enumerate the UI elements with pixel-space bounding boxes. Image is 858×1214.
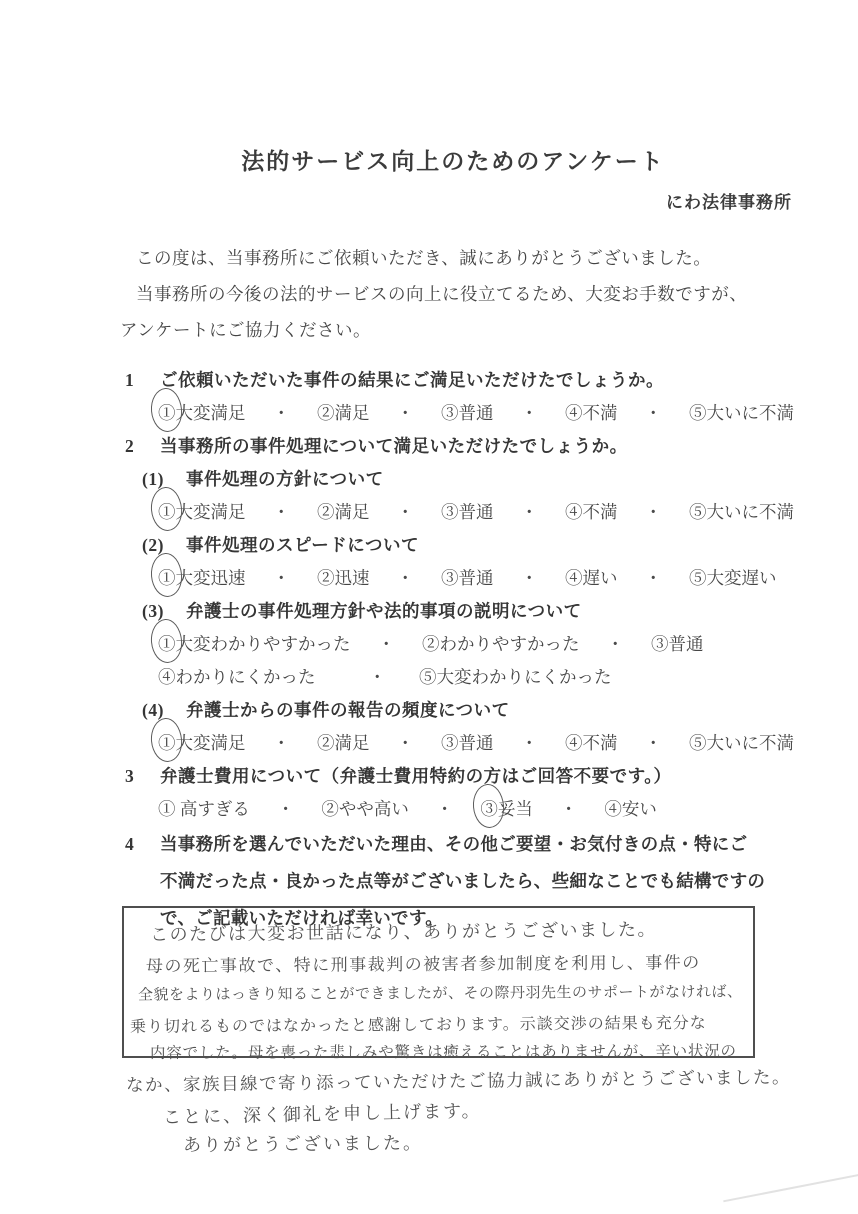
option-q2s2-1: ②迅速: [317, 562, 370, 595]
option-q2s1-0: ①大変満足: [158, 496, 246, 529]
option-q1-2: ③普通: [441, 397, 494, 430]
question-number: 1: [125, 364, 160, 397]
question-number: (2): [142, 529, 186, 562]
option-separator: ・: [397, 562, 415, 595]
option-separator: ・: [521, 397, 539, 430]
option-separator: ・: [378, 628, 396, 661]
option-separator: ・: [645, 397, 663, 430]
question-3-heading: 3弁護士費用について（弁護士費用特約の方はご回答不要です。）: [0, 760, 858, 793]
question-text: 不満だった点・良かった点等がございましたら、些細なことでも結構ですの: [0, 863, 858, 900]
option-q2s1-4: ⑤大いに不満: [689, 496, 794, 529]
option-separator: ・: [645, 727, 663, 760]
question-text: 弁護士費用について（弁護士費用特約の方はご回答不要です。）: [160, 766, 672, 786]
question-number: (3): [142, 595, 186, 628]
option-q2s4-1: ②満足: [317, 727, 370, 760]
option-q2s2-4: ⑤大変遅い: [689, 562, 777, 595]
option-q2s2-2: ③普通: [441, 562, 494, 595]
question-text: 事件処理のスピードについて: [186, 535, 419, 555]
question-2-heading: 2当事務所の事件処理について満足いただけたでしょうか。: [0, 430, 858, 463]
handwriting-line: 母の死亡事故で、特に刑事裁判の被害者参加制度を利用し、事件の: [146, 948, 701, 977]
handwriting-line: 全貌をよりはっきり知ることができましたが、その際丹羽先生のサポートがなければ、: [138, 980, 743, 1004]
question-list: 1ご依頼いただいた事件の結果にご満足いただけたでしょうか。 ①大変満足 ・ ②満…: [0, 364, 858, 937]
option-q2s3-0: ①大変わかりやすかった: [158, 628, 351, 661]
handwriting-line: ありがとうございました。: [183, 1129, 423, 1157]
question-number: (1): [142, 463, 186, 496]
option-separator: ・: [397, 727, 415, 760]
handwriting-line: このたびは大変お世話になり、ありがとうございました。: [150, 915, 657, 946]
question-2-4-options: ①大変満足 ・ ②満足 ・ ③普通 ・ ④不満 ・ ⑤大いに不満: [0, 727, 858, 760]
option-separator: ・: [521, 496, 539, 529]
question-number: 2: [125, 430, 160, 463]
option-separator: ・: [521, 562, 539, 595]
option-q2s3-1: ②わかりやすかった: [422, 628, 580, 661]
option-q2s3-4: ⑤大変わかりにくかった: [419, 661, 612, 694]
option-q2s2-3: ④遅い: [565, 562, 618, 595]
option-separator: ・: [645, 496, 663, 529]
question-2-1-heading: (1)事件処理の方針について: [0, 463, 858, 496]
option-q3-0: ① 高すぎる: [158, 793, 250, 826]
option-q2s1-1: ②満足: [317, 496, 370, 529]
option-separator: ・: [273, 397, 291, 430]
question-number: (4): [142, 694, 186, 727]
handwriting-line: 内容でした。母を喪った悲しみや驚きは癒えることはありませんが、辛い状況の: [150, 1039, 737, 1063]
intro-paragraph: この度は、当事務所にご依頼いただき、誠にありがとうございました。 当事務所の今後…: [0, 240, 798, 348]
option-separator: ・: [397, 397, 415, 430]
option-q1-4: ⑤大いに不満: [689, 397, 794, 430]
option-q1-1: ②満足: [317, 397, 370, 430]
handwriting-line: ことに、深く御礼を申し上げます。: [163, 1097, 482, 1130]
option-q1-0: ①大変満足: [158, 397, 246, 430]
scanned-survey-page: 法的サービス向上のためのアンケート にわ法律事務所 この度は、当事務所にご依頼い…: [0, 0, 858, 1214]
question-2-3-heading: (3)弁護士の事件処理方針や法的事項の説明について: [0, 595, 858, 628]
option-separator: ・: [397, 496, 415, 529]
option-separator: ・: [607, 628, 625, 661]
question-2-3-options-line2: ④わかりにくかった ・ ⑤大変わかりにくかった: [0, 661, 858, 694]
option-separator: ・: [436, 793, 454, 826]
option-separator: ・: [277, 793, 295, 826]
option-separator: ・: [369, 661, 387, 694]
handwriting-line: なか、家族目線で寄り添っていただけたご協力誠にありがとうございました。: [126, 1064, 791, 1097]
question-3-options: ① 高すぎる ・ ②やや高い ・ ③妥当 ・ ④安い: [0, 793, 858, 826]
option-separator: ・: [273, 496, 291, 529]
question-2-4-heading: (4)弁護士からの事件の報告の頻度について: [0, 694, 858, 727]
option-separator: ・: [645, 562, 663, 595]
question-2-1-options: ①大変満足 ・ ②満足 ・ ③普通 ・ ④不満 ・ ⑤大いに不満: [0, 496, 858, 529]
option-q2s1-3: ④不満: [565, 496, 618, 529]
option-q2s2-0: ①大変迅速: [158, 562, 246, 595]
option-q2s4-4: ⑤大いに不満: [689, 727, 794, 760]
handwriting-line: 乗り切れるものではなかったと感謝しております。示談交渉の結果も充分な: [130, 1010, 707, 1037]
question-2-2-options: ①大変迅速 ・ ②迅速 ・ ③普通 ・ ④遅い ・ ⑤大変遅い: [0, 562, 858, 595]
page-title: 法的サービス向上のためのアンケート: [24, 143, 858, 176]
question-number: 3: [125, 760, 160, 793]
option-q2s4-2: ③普通: [441, 727, 494, 760]
question-text: 弁護士の事件処理方針や法的事項の説明について: [186, 601, 582, 621]
question-text: ご依頼いただいた事件の結果にご満足いただけたでしょうか。: [160, 370, 664, 390]
question-text: 当事務所の事件処理について満足いただけたでしょうか。: [160, 436, 628, 456]
scan-crease-artifact: [723, 1172, 858, 1203]
option-q2s3-3: ④わかりにくかった: [158, 661, 316, 694]
question-2-3-options-line1: ①大変わかりやすかった ・ ②わかりやすかった ・ ③普通: [0, 628, 858, 661]
option-separator: ・: [560, 793, 578, 826]
question-text: 当事務所を選んでいただいた理由、その他ご要望・お気付きの点・特にご: [160, 834, 747, 854]
option-separator: ・: [273, 727, 291, 760]
option-q2s4-3: ④不満: [565, 727, 618, 760]
option-q3-1: ②やや高い: [321, 793, 409, 826]
option-q2s4-0: ①大変満足: [158, 727, 246, 760]
option-separator: ・: [273, 562, 291, 595]
question-2-2-heading: (2)事件処理のスピードについて: [0, 529, 858, 562]
option-q3-2: ③妥当: [480, 793, 533, 826]
option-q2s1-2: ③普通: [441, 496, 494, 529]
option-q3-3: ④安い: [604, 793, 657, 826]
question-number: 4: [125, 826, 160, 863]
option-q2s3-2: ③普通: [651, 628, 704, 661]
intro-line: 当事務所の今後の法的サービスの向上に役立てるため、大変お手数ですが、: [0, 276, 798, 312]
question-text: 事件処理の方針について: [186, 469, 384, 489]
intro-line: アンケートにご協力ください。: [0, 312, 798, 348]
option-q1-3: ④不満: [565, 397, 618, 430]
question-text: 弁護士からの事件の報告の頻度について: [186, 700, 510, 720]
intro-line: この度は、当事務所にご依頼いただき、誠にありがとうございました。: [0, 240, 798, 276]
office-name: にわ法律事務所: [666, 188, 792, 213]
option-separator: ・: [521, 727, 539, 760]
question-1-heading: 1ご依頼いただいた事件の結果にご満足いただけたでしょうか。: [0, 364, 858, 397]
question-1-options: ①大変満足 ・ ②満足 ・ ③普通 ・ ④不満 ・ ⑤大いに不満: [0, 397, 858, 430]
